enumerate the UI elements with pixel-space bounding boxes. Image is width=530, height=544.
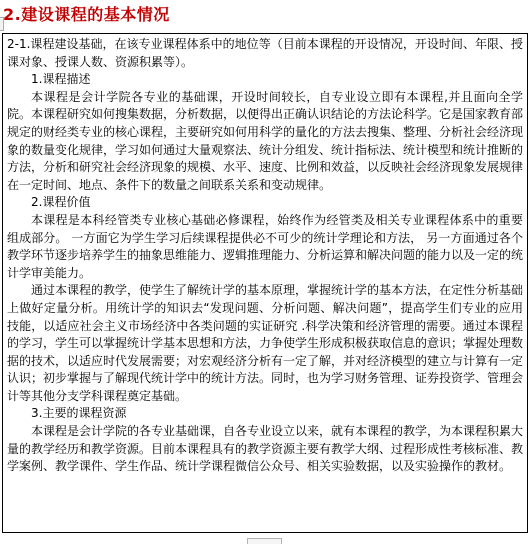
section-label-course-resources: 3.主要的课程资源 xyxy=(7,405,523,423)
section-label-course-value: 2.课程价值 xyxy=(7,194,523,212)
paragraph-course-value-1: 本课程是本科经管类专业核心基础必修课程，始终作为经管类及相关专业课程体系中的重要… xyxy=(7,212,523,282)
left-edge-ui-fragment xyxy=(0,17,4,31)
paragraph-course-description: 本课程是会计学院各专业的基础课，开设时间较长，自专业设立即有本课程,并且面向全学… xyxy=(7,89,523,195)
paragraph-course-resources: 本课程是会计学院的各专业基础课，自各专业设立以来，就有本课程的教学，为本课程积累… xyxy=(7,423,523,476)
content-box: 2-1.课程建设基础，在该专业课程体系中的地位等（目前本课程的开设情况，开设时间… xyxy=(2,33,528,533)
bottom-ui-fragment xyxy=(247,538,282,544)
paragraph-course-value-2: 通过本课程的教学，使学生了解统计学的基本原理，掌握统计学的基本方法，在定性分析基… xyxy=(7,282,523,405)
paragraph-prompt: 2-1.课程建设基础，在该专业课程体系中的地位等（目前本课程的开设情况，开设时间… xyxy=(7,36,523,71)
page-title: 2.建设课程的基本情况 xyxy=(3,2,170,25)
section-label-course-description: 1.课程描述 xyxy=(7,71,523,89)
